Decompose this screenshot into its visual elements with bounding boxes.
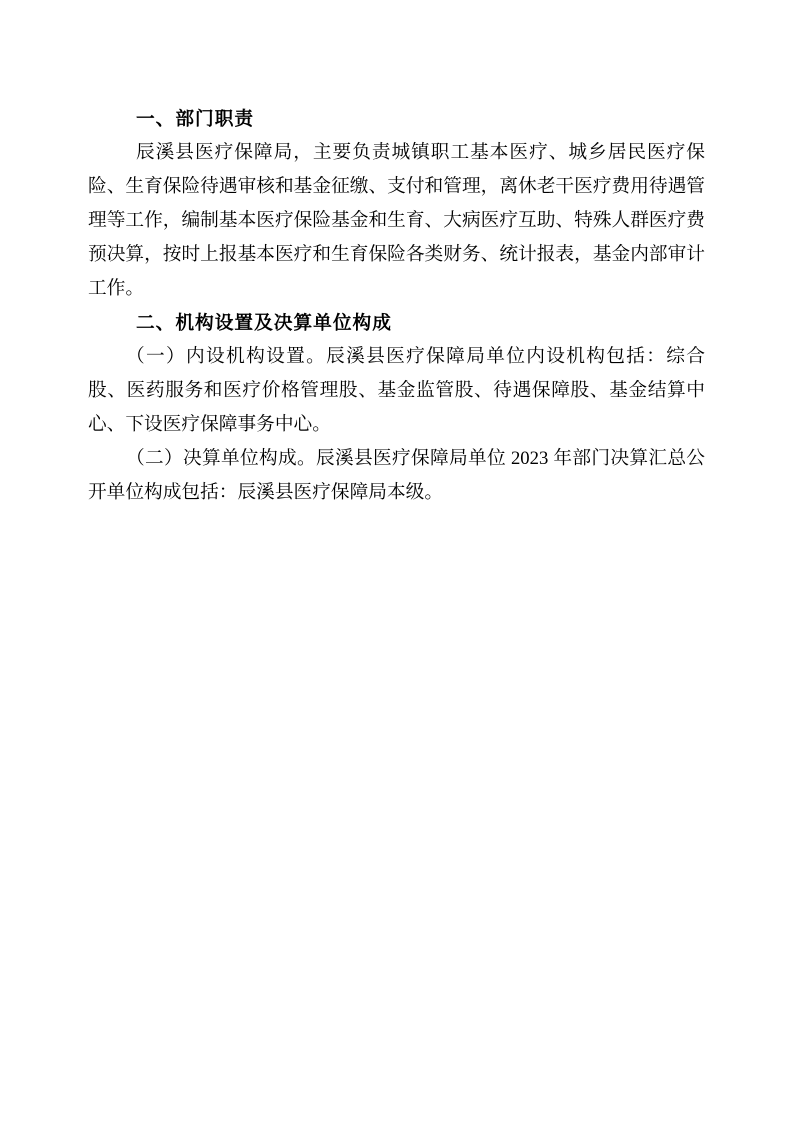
paragraph-final-accounts-unit-composition: （二）决算单位构成。辰溪县医疗保障局单位 2023 年部门决算汇总公开单位构成包… <box>88 442 705 510</box>
document-body: 一、部门职责 辰溪县医疗保障局，主要负责城镇职工基本医疗、城乡居民医疗保险、生育… <box>88 102 705 510</box>
document-page: 一、部门职责 辰溪县医疗保障局，主要负责城镇职工基本医疗、城乡居民医疗保险、生育… <box>0 0 793 1122</box>
paragraph-department-duties: 辰溪县医疗保障局，主要负责城镇职工基本医疗、城乡居民医疗保险、生育保险待遇审核和… <box>88 136 705 306</box>
paragraph-internal-org-setup: （一）内设机构设置。辰溪县医疗保障局单位内设机构包括：综合股、医药服务和医疗价格… <box>88 340 705 442</box>
heading-department-duties: 一、部门职责 <box>88 102 705 136</box>
heading-org-setup-and-unit-composition: 二、机构设置及决算单位构成 <box>88 306 705 340</box>
